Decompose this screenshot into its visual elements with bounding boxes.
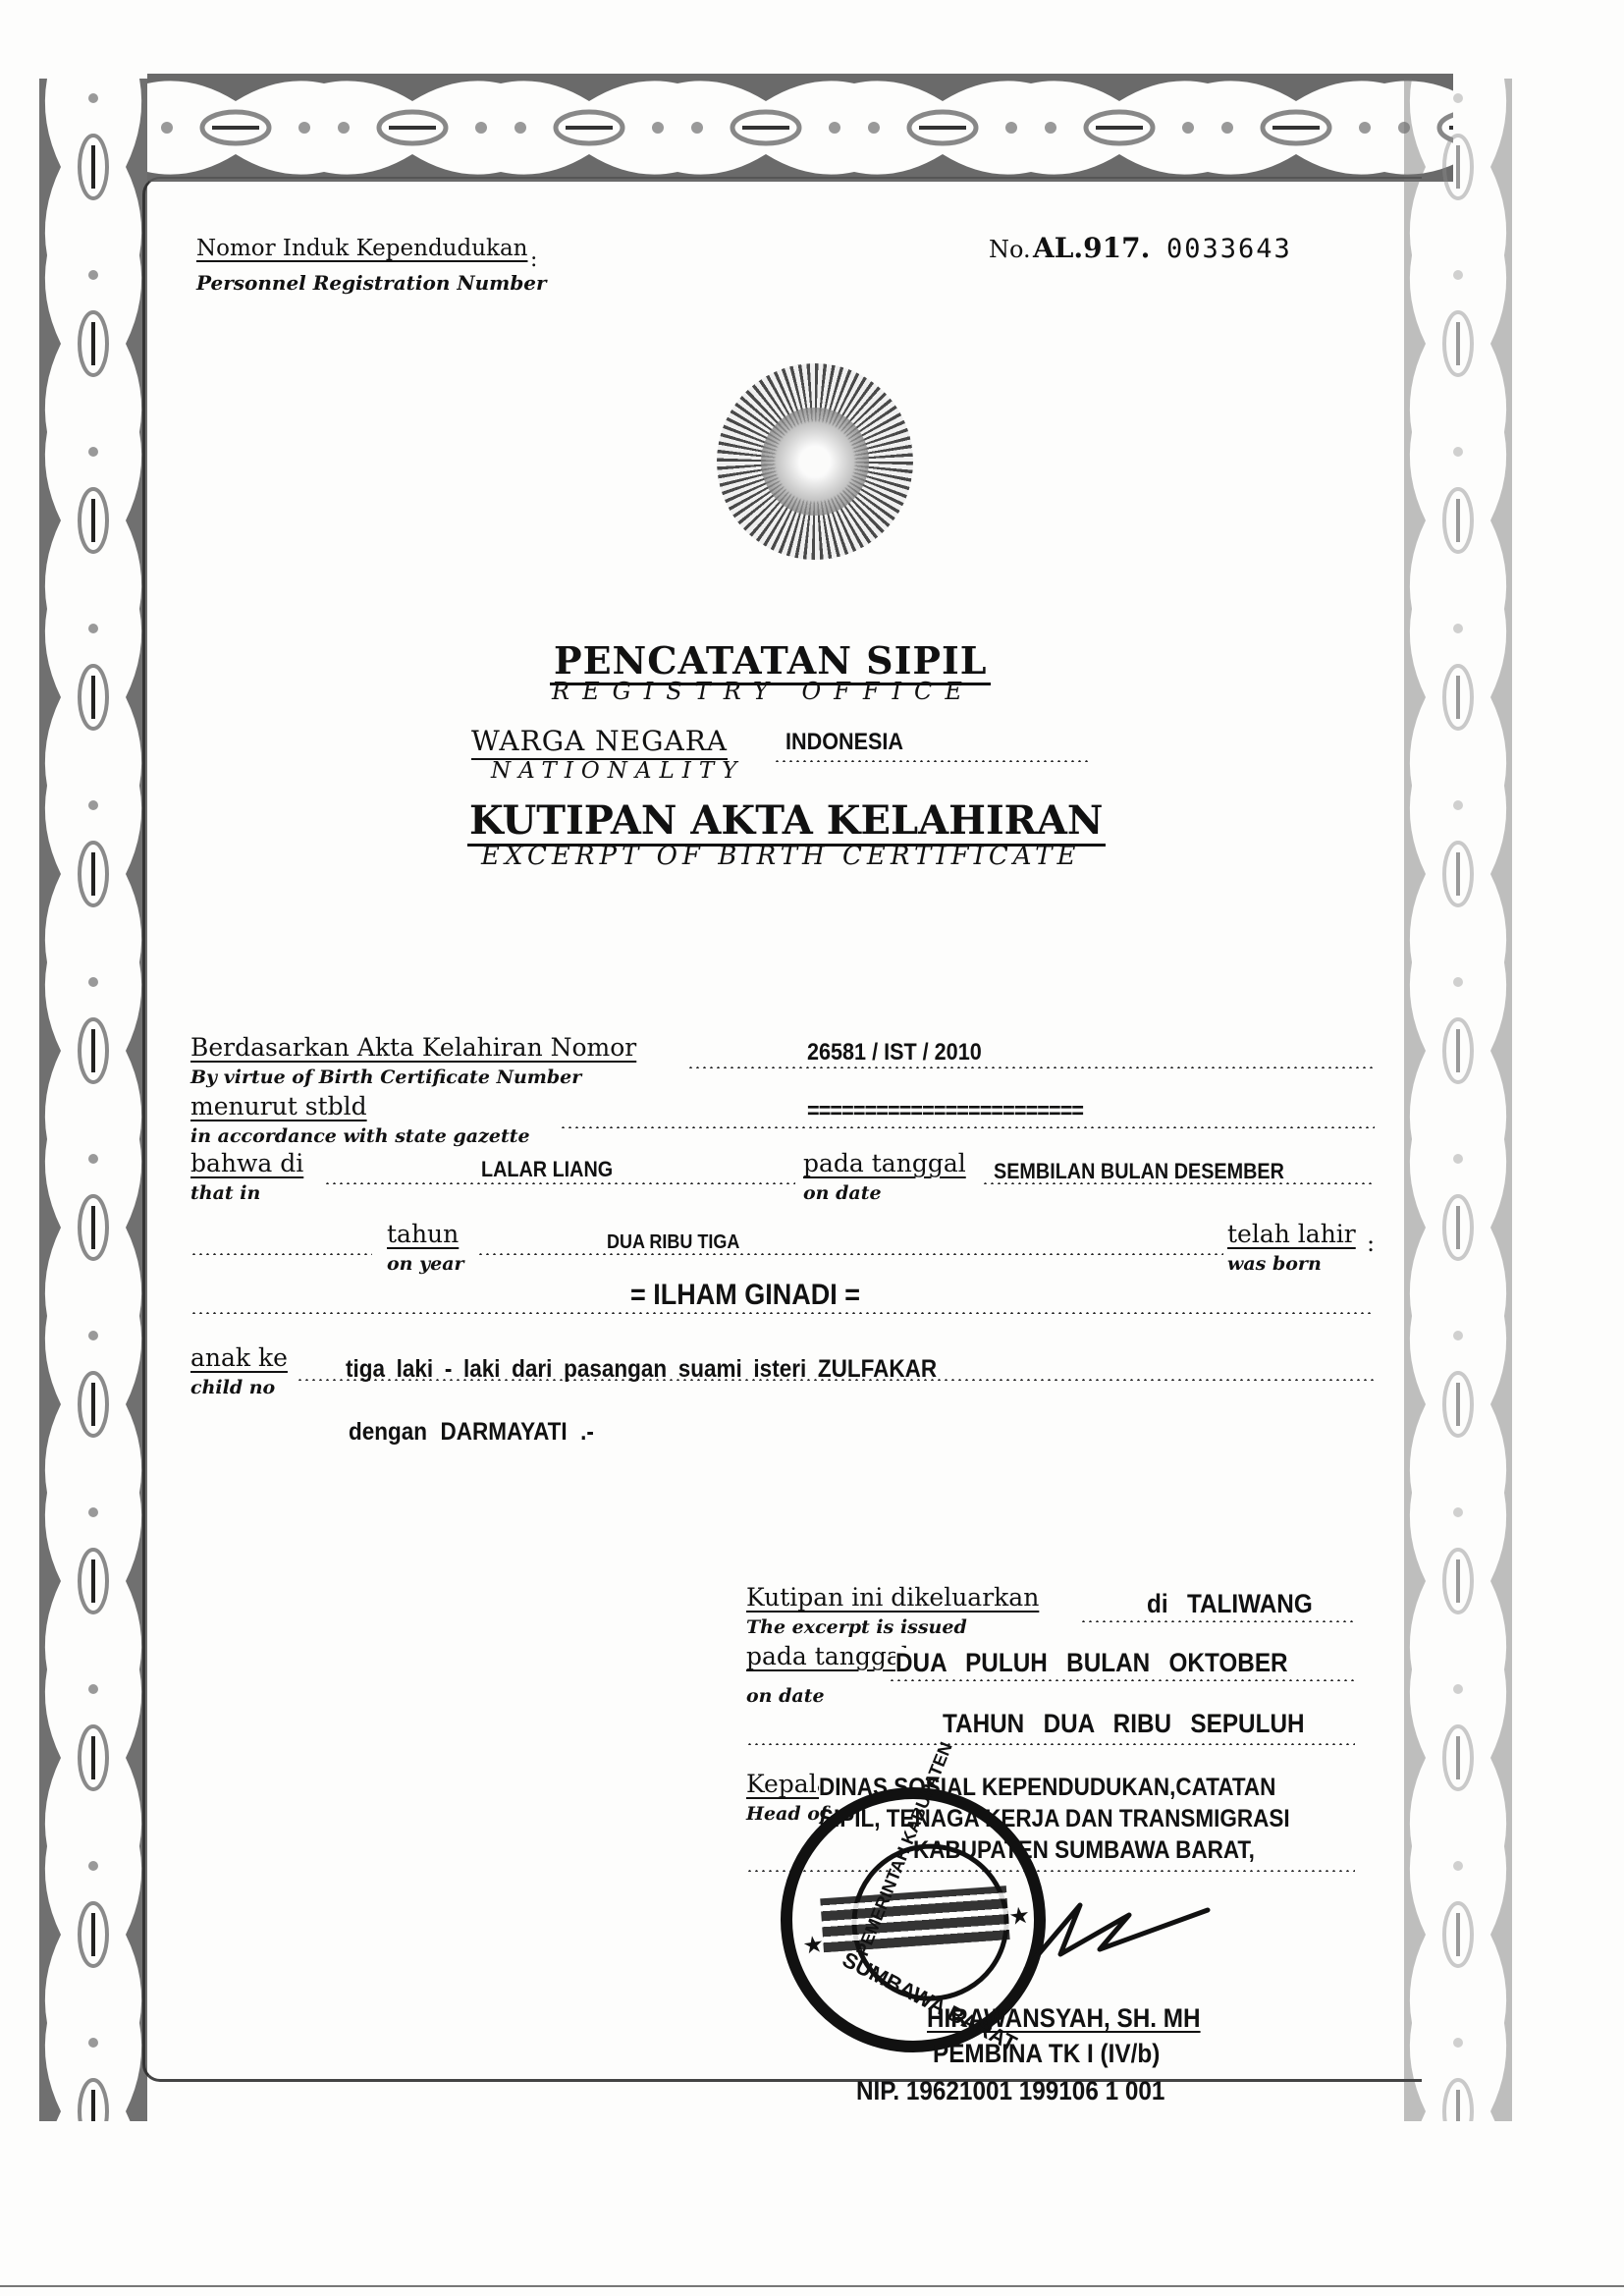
issued-label: Kutipan ini dikeluarkan (746, 1583, 1039, 1612)
signatory-rank: PEMBINA TK I (IV/b) (933, 2039, 1160, 2069)
cert-number-value: 26581 / IST / 2010 (807, 1039, 982, 1066)
birth-place-label-en: that in (190, 1182, 260, 1204)
birth-date-label-en: on date (803, 1182, 882, 1204)
born-label: telah lahir (1227, 1220, 1356, 1248)
child-name-dots (190, 1312, 1375, 1314)
cert-number-label: Berdasarkan Akta Kelahiran Nomor (190, 1033, 636, 1062)
cert-number-dots (687, 1066, 1375, 1068)
child-no-value: tiga laki - laki dari pasangan suami ist… (346, 1355, 937, 1384)
signature-icon (1021, 1895, 1218, 1974)
stbld-value: ======================== (807, 1098, 1083, 1125)
stbld-dots (560, 1126, 1375, 1128)
year-leading-dots (190, 1253, 372, 1255)
state-emblem-center (761, 408, 869, 516)
birth-year-label: tahun (387, 1220, 459, 1248)
nationality-label-en: NATIONALITY (491, 758, 744, 784)
issued-year-dots (746, 1743, 1355, 1745)
nik-colon: : (530, 247, 537, 272)
scan-page-edge (0, 2285, 1624, 2287)
certificate-page: Nomor Induk Kependudukan Personnel Regis… (0, 0, 1624, 2296)
serial-prefix: No. (989, 236, 1031, 263)
issued-date-line2: TAHUN DUA RIBU SEPULUH (943, 1709, 1305, 1739)
head-label-en: Head of (746, 1803, 828, 1825)
born-label-en: was born (1227, 1253, 1322, 1275)
ornamental-border-top (147, 74, 1453, 182)
born-colon: : (1367, 1230, 1375, 1257)
birth-date-value: SEMBILAN BULAN DESEMBER (994, 1159, 1284, 1184)
issued-label-en: The excerpt is issued (746, 1616, 967, 1638)
birth-place-label: bahwa di (190, 1149, 303, 1177)
nationality-label: WARGA NEGARA (471, 725, 728, 760)
nationality-value: INDONESIA (785, 729, 903, 756)
issued-date-label: pada tanggal (746, 1642, 909, 1670)
child-no-label: anak ke (190, 1343, 288, 1372)
serial-series: AL.917. (1033, 232, 1150, 264)
signatory-name: HIRAWANSYAH, SH. MH (927, 2003, 1201, 2034)
nationality-dots (774, 760, 1088, 762)
issued-date-dots (889, 1679, 1355, 1681)
signatory-nip: NIP. 19621001 199106 1 001 (856, 2076, 1164, 2106)
birth-date-label: pada tanggal (803, 1149, 966, 1177)
stamp-star-icon: ★ (801, 1930, 826, 1960)
cert-number-label-en: By virtue of Birth Certificate Number (190, 1066, 581, 1088)
stbld-label-en: in accordance with state gazette (190, 1125, 530, 1147)
child-name: = ILHAM GINADI = (630, 1279, 860, 1312)
issued-date-label-en: on date (746, 1685, 825, 1707)
issued-place-dots (1080, 1620, 1355, 1622)
stbld-label: menurut stbld (190, 1092, 367, 1121)
nik-label-en: Personnel Registration Number (196, 271, 547, 295)
birth-place-dots (324, 1182, 795, 1184)
document-title: KUTIPAN AKTA KELAHIRAN (467, 797, 1106, 847)
child-no-label-en: child no (190, 1377, 275, 1398)
birth-year-dots (477, 1253, 1223, 1255)
birth-year-label-en: on year (387, 1253, 464, 1275)
birth-place-value: LALAR LIANG (481, 1157, 613, 1182)
office-title-en: REGISTRY OFFICE (552, 678, 975, 705)
birth-year-value: DUA RIBU TIGA (607, 1231, 739, 1254)
child-no-value-cont: dengan DARMAYATI .- (349, 1418, 594, 1447)
ornamental-border-left (39, 79, 147, 2121)
nik-label: Nomor Induk Kependudukan (196, 236, 527, 261)
serial-number: 0033643 (1166, 234, 1292, 264)
issued-date-line1: DUA PULUH BULAN OKTOBER (895, 1648, 1288, 1678)
document-title-en: EXCERPT OF BIRTH CERTIFICATE (481, 842, 1080, 871)
issued-place: di TALIWANG (1147, 1589, 1313, 1619)
